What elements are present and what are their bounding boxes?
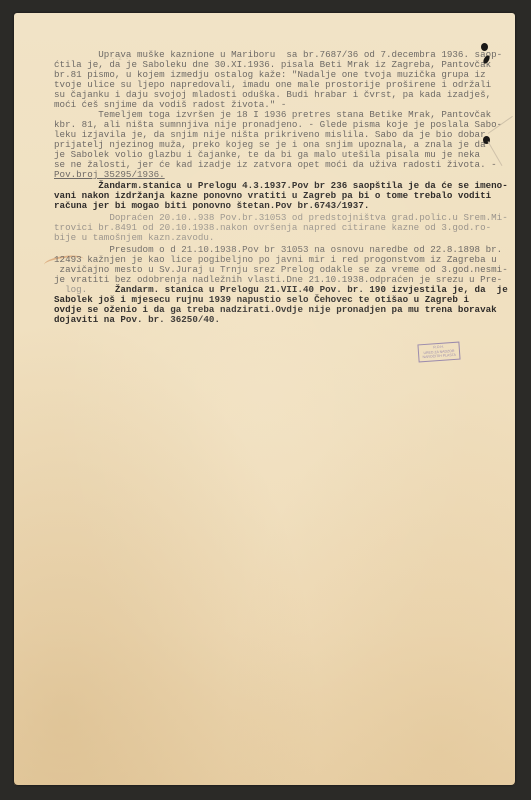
punch-hole bbox=[481, 43, 488, 51]
text-line: bije u tamošnjem kazn.zavodu. bbox=[54, 233, 214, 243]
document-page: - 2 - Uprava muške kaznione u Mariboru s… bbox=[14, 13, 515, 785]
text-line: računa jer bi mogao biti ponovno štetan.… bbox=[54, 201, 369, 211]
reference-number: Pov.broj 35295/1936. bbox=[54, 170, 165, 180]
office-stamp: R.O.H. URED ZA NADZOR NAROČITIH PLASTA bbox=[417, 342, 460, 363]
text-line: dojaviti na Pov. br. 36250/40. bbox=[54, 315, 220, 325]
